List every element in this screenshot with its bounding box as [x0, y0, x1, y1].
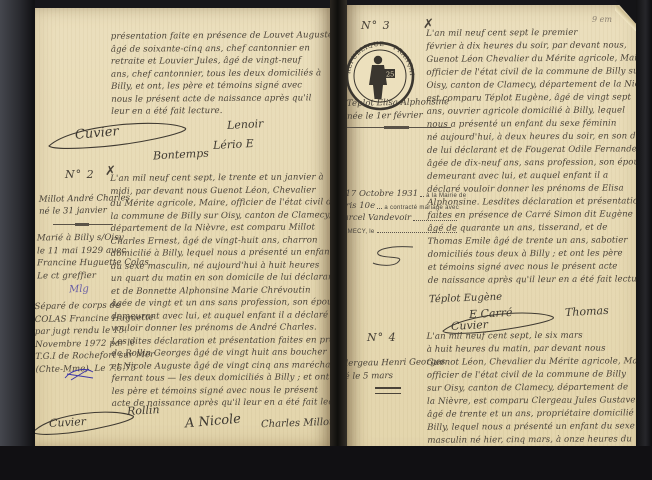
mention-place-handwritten: Paris 10e [347, 201, 375, 211]
text-line: un quart du matin en son domicile de lui… [111, 271, 331, 285]
act-number: N° 3 [361, 19, 391, 32]
signature-witness: Thomas [565, 304, 609, 319]
mention-officer-paraph [367, 243, 417, 267]
text-line: du Mérite agricole, Maire, officier de l… [110, 196, 331, 210]
text-line: de naissance après qu'il leur en a été f… [428, 273, 638, 288]
act1-ending-text: présentation faite en présence de Louvet… [111, 29, 331, 118]
act2-body-text: L'an mil neuf cent sept, le trente et un… [110, 171, 331, 410]
mention-spouse-handwritten: Marcel Vandevoir [347, 213, 411, 223]
stamp-figure-head [374, 56, 382, 64]
signature-father: Charles Millot [261, 417, 331, 431]
scan-background-right [636, 0, 652, 480]
dotted-leader [420, 196, 424, 197]
text-line: âgée de vingt et un ans sans profession,… [111, 296, 331, 310]
signature-officer: Cuvier [49, 415, 87, 430]
act-number: N° 2 [65, 168, 95, 181]
stamp-value: 25 [386, 70, 394, 78]
text-line: ferrant tous — les deux domiciliés à Bil… [112, 371, 331, 385]
text-line: L'an mil neuf cent sept, le trente et un… [110, 171, 331, 185]
act4-body-text: L'an mil neuf cent sept, le six marsà hu… [427, 329, 638, 458]
text-line: nous le présent acte de naissance après … [111, 92, 331, 106]
scan-background-left [0, 0, 35, 480]
signature-declarant: Téplot Eugène [429, 292, 502, 306]
dotted-leader [377, 208, 382, 209]
signature-witness: Rollin [127, 403, 160, 418]
signature-witness: Bontemps [153, 147, 209, 163]
text-line: retraite et Louvier Jules, âgé de vingt-… [111, 54, 331, 68]
margin-rule [53, 224, 113, 225]
book-gutter-shadow [330, 0, 347, 480]
text-line: de Rollin Georges âgé de vingt huit ans … [111, 346, 331, 360]
scanned-register-spread: présentation faite en présence de Louvet… [0, 0, 652, 480]
signature-witness: A Nicole [184, 412, 241, 432]
act3-body-text: L'an mil neuf cent sept le premierfévrie… [426, 26, 638, 288]
text-line: vouloir donner les prénoms de André Char… [111, 321, 331, 335]
text-line: département de la Nièvre, est comparu Mi… [111, 221, 331, 235]
margin-double-rule [375, 387, 401, 394]
marginal-note-initials: Mlg [69, 284, 89, 296]
register-page-right: 9 em N° 3 ✗ RÉPUBLIQUE FRANÇAISE [347, 5, 638, 458]
mention-stamp-text: CLAMECY, le [347, 229, 375, 235]
text-line: présentation faite en présence de Louvet… [111, 29, 331, 43]
mention-date-handwritten: le 17 Octobre 1931 [347, 189, 418, 199]
signature-witness: Lenoir [227, 117, 264, 132]
act-number: N° 4 [367, 331, 397, 344]
scan-background-bottom [0, 446, 652, 480]
text-line: domicilié à Billy, lequel nous a présent… [111, 246, 331, 260]
text-line: Billy, et ont, les père et témoins signé… [111, 79, 331, 93]
signature-witness: Lério E [213, 137, 254, 152]
register-page-left: présentation faite en présence de Louvet… [35, 8, 331, 446]
marginal-note-paraph [63, 366, 97, 382]
page-corner-note: 9 em [592, 15, 612, 24]
